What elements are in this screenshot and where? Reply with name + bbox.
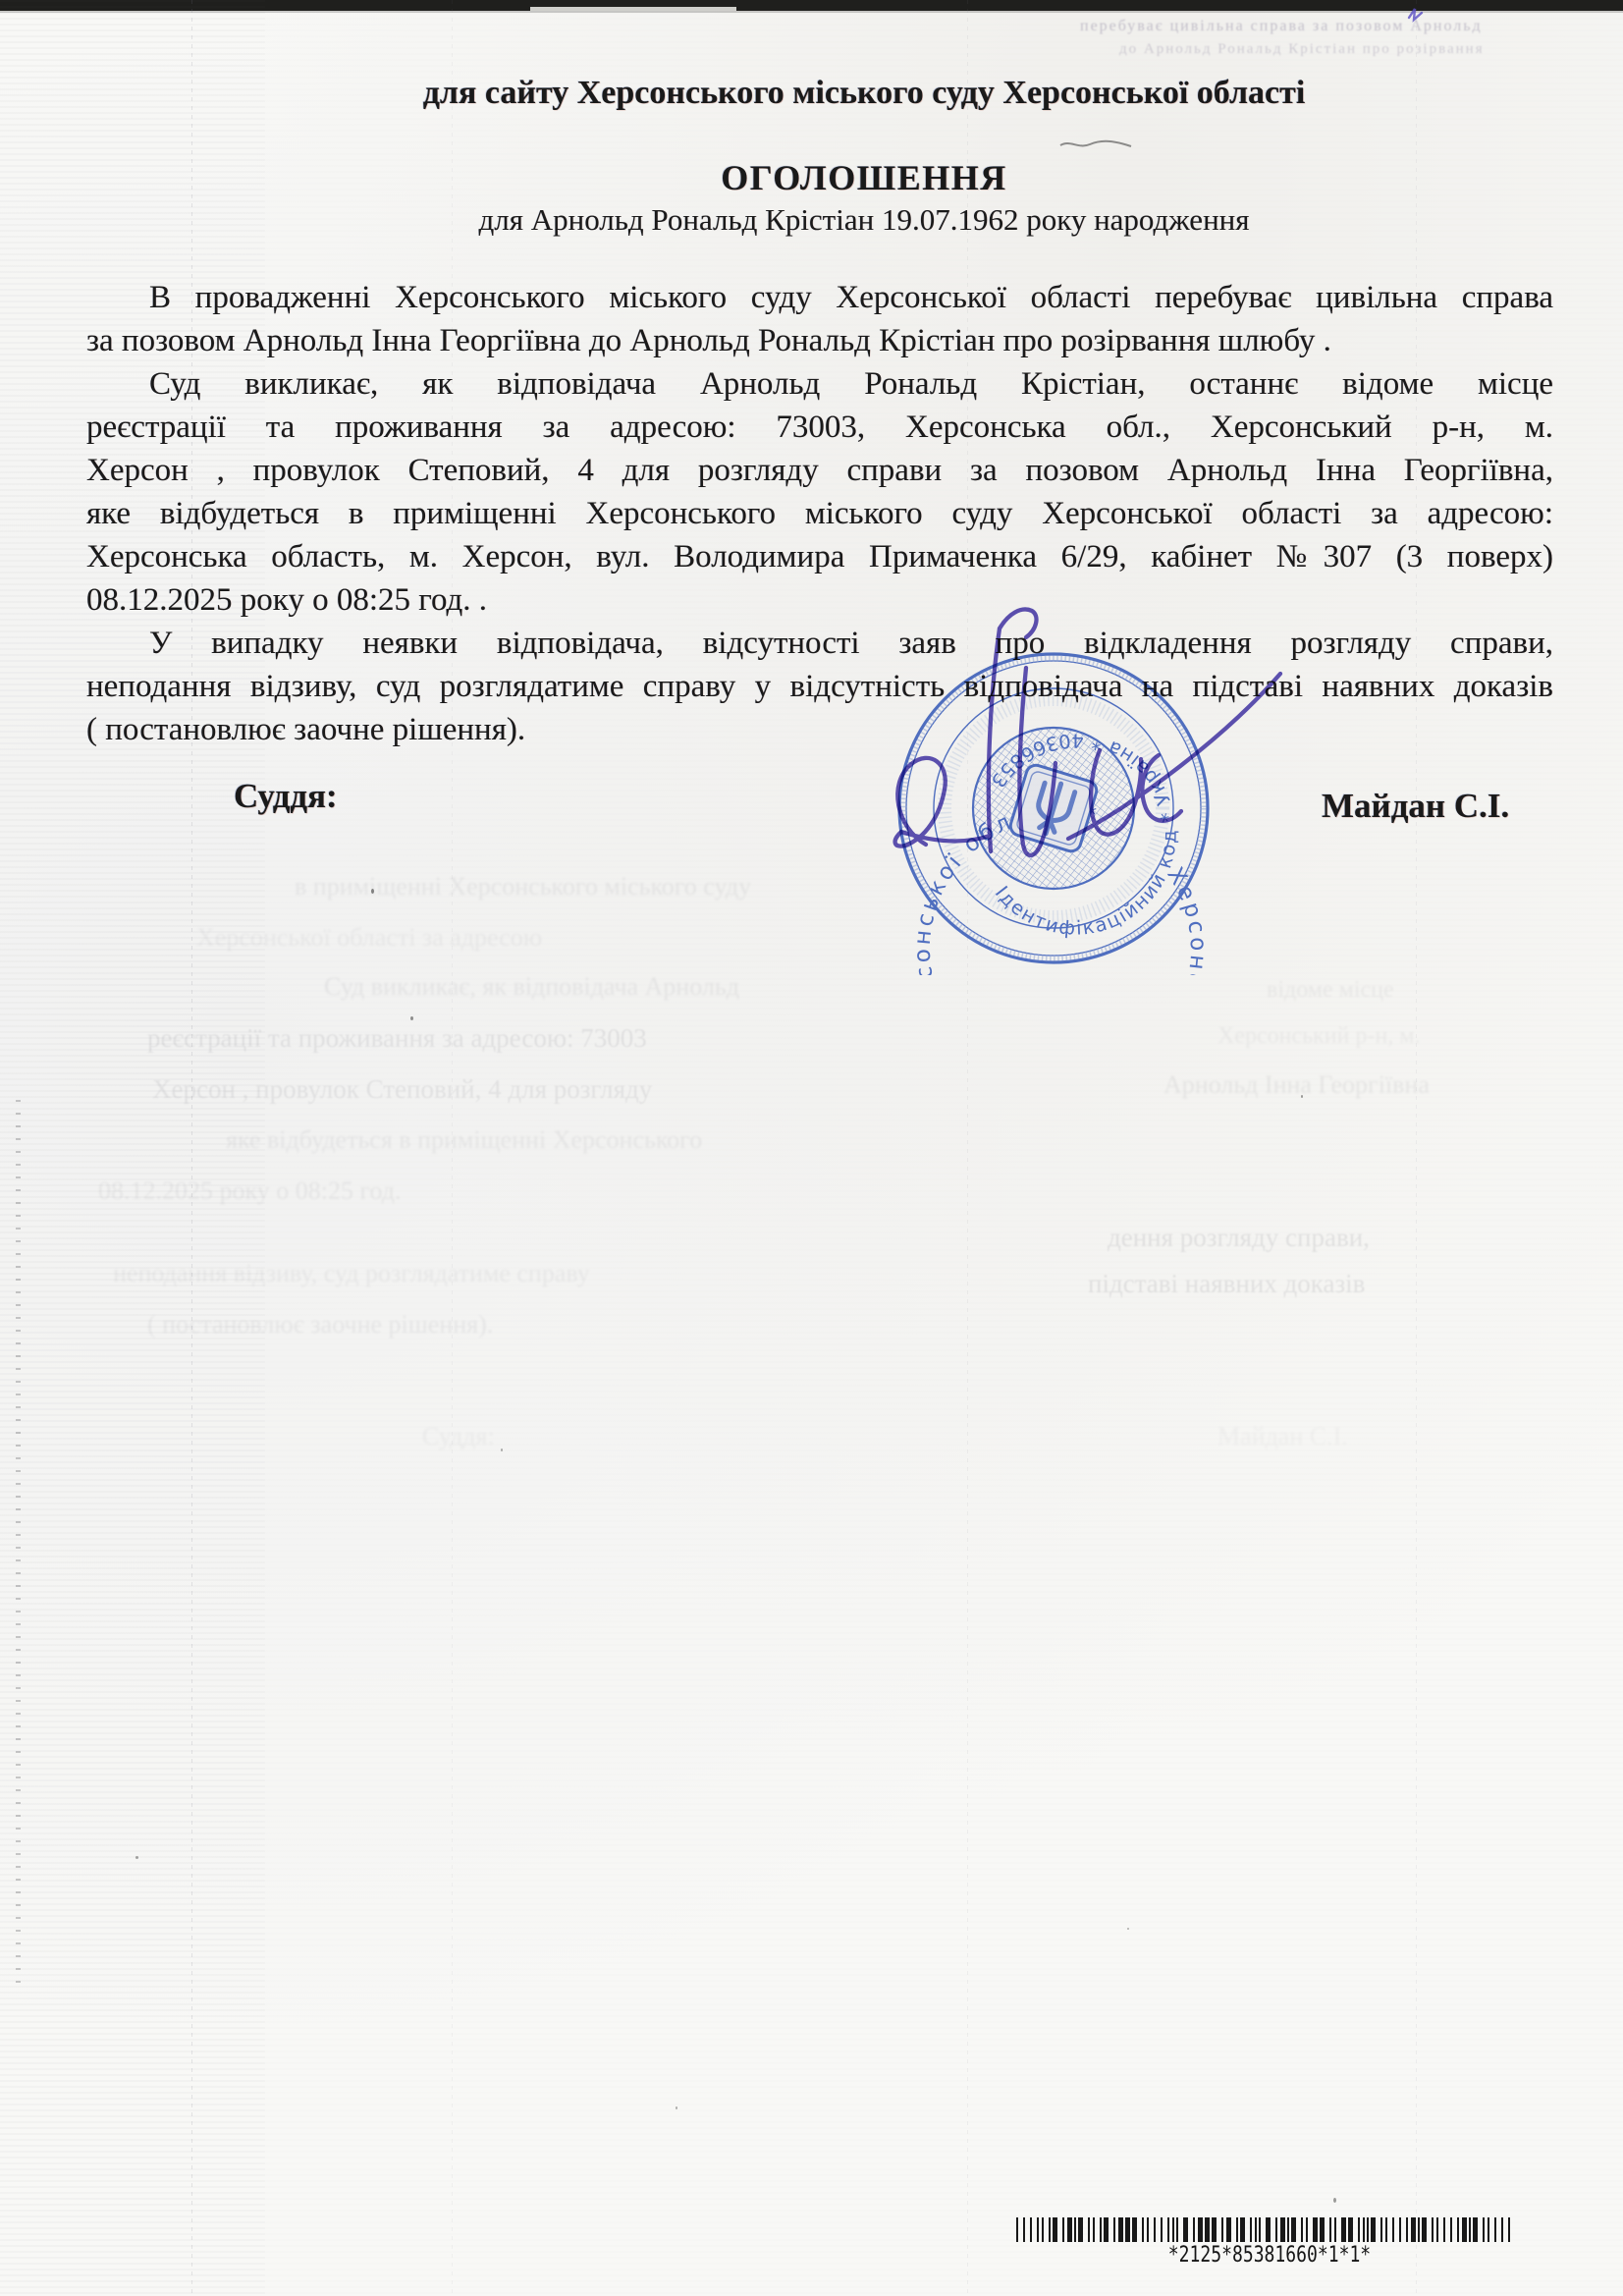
dust-speck (135, 1856, 138, 1859)
pen-mark (1406, 6, 1426, 24)
ghost-text-fragment: Майдан С.І. (1217, 1422, 1348, 1451)
dust-speck (371, 889, 374, 894)
dust-speck (1127, 1928, 1129, 1930)
barcode-caption: *2125*85381660*1*1* (1061, 2243, 1477, 2268)
stray-squiggle-mark (1058, 136, 1137, 155)
scan-speck-column (16, 1100, 21, 1984)
body-line: Херсон , провулок Степовий, 4 для розгля… (86, 449, 1553, 492)
dust-speck (676, 2106, 677, 2109)
dust-speck (410, 1016, 413, 1020)
ghost-text-fragment: до Арнольд Рональд Крістіан про розірван… (1119, 41, 1485, 58)
body-line: Херсонська область, м. Херсон, вул. Воло… (86, 535, 1553, 578)
body-line: яке відбудеться в приміщенні Херсонськог… (86, 492, 1553, 535)
page-title: ОГОЛОШЕННЯ (113, 157, 1615, 198)
barcode-bars (1016, 2217, 1523, 2242)
ghost-text-fragment: Суд викликає, як відповідача Арнольд (324, 972, 739, 1002)
ghost-text-fragment: підставі наявних доказів (1088, 1269, 1365, 1299)
ghost-text-fragment: Херсонський р-н, м. (1217, 1023, 1420, 1050)
barcode-gap (1510, 2217, 1513, 2242)
document-header-line: для сайту Херсонського міського суду Хер… (113, 75, 1615, 112)
ghost-text-fragment: Суддя: (422, 1422, 495, 1451)
dust-speck (501, 1449, 503, 1451)
ghost-text-fragment: дення розгляду справи, (1108, 1223, 1370, 1253)
ghost-text-fragment: яке відбудеться в приміщенні Херсонськог… (226, 1125, 702, 1155)
ghost-text-fragment: в приміщенні Херсонського міського суду (295, 872, 751, 902)
body-line: Суд викликає, як відповідача Арнольд Рон… (86, 362, 1553, 406)
body-line: В провадженні Херсонського міського суду… (86, 276, 1553, 319)
body-line: реєстрації та проживання за адресою: 730… (86, 406, 1553, 449)
ghost-text-fragment: відоме місце (1267, 977, 1394, 1004)
judge-signature (842, 577, 1333, 911)
dust-speck (1333, 2198, 1336, 2203)
judge-name: Майдан С.І. (1322, 787, 1509, 826)
judge-label: Суддя: (234, 777, 338, 816)
barcode: *2125*85381660*1*1* (1016, 2217, 1523, 2268)
ghost-text-fragment: Арнольд Інна Георгіївна (1163, 1070, 1430, 1100)
document-subtitle: для Арнольд Рональд Крістіан 19.07.1962 … (113, 202, 1615, 238)
body-line: за позовом Арнольд Інна Георгіївна до Ар… (86, 319, 1553, 362)
scanned-court-document-page: для сайту Херсонського міського суду Хер… (0, 0, 1623, 2296)
dust-speck (1301, 1095, 1303, 1098)
